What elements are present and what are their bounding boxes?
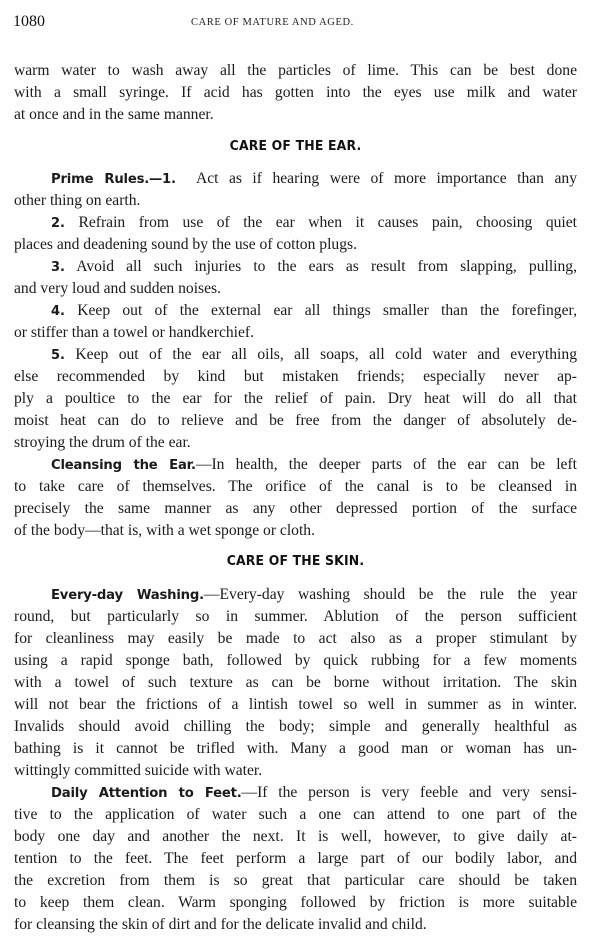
running-head: 1080 CARE OF MATURE AND AGED. [13, 13, 578, 33]
book-page: 1080 CARE OF MATURE AND AGED. warm water… [0, 0, 591, 938]
text-line: the excretion from them is so great that… [14, 870, 577, 892]
text-line: of the body—that is, with a wet sponge o… [14, 520, 577, 542]
prime-rules-runin: Prime Rules.—1. [51, 172, 176, 187]
text-line: precisely the same manner as any other d… [14, 498, 577, 520]
text-line: bathing is it cannot be trifled with. Ma… [14, 738, 577, 760]
running-title: CARE OF MATURE AND AGED. [191, 17, 354, 28]
rule-number: 5. [51, 348, 65, 363]
prime-rule-3-line: 3. Avoid all such injuries to the ears a… [51, 256, 577, 278]
text-line: will not bear the frictions of a lintish… [14, 694, 577, 716]
everyday-washing-line: Every-day Washing.—Every-day washing sho… [51, 584, 577, 606]
text-line: with a towel of such texture as can be b… [14, 672, 577, 694]
text-line: other thing on earth. [14, 190, 577, 212]
text-line: moist heat can do to relieve and be free… [14, 410, 577, 432]
text-line: tention to the feet. The feet perform a … [14, 848, 577, 870]
text-line: warm water to wash away all the particle… [14, 60, 577, 82]
section-heading-skin: CARE OF THE SKIN. [24, 553, 568, 569]
text-line: to take care of themselves. The orifice … [14, 476, 577, 498]
text-line: and very loud and sudden noises. [14, 278, 577, 300]
text-line: with a small syringe. If acid has gotten… [14, 82, 577, 104]
daily-feet-runin: Daily Attention to Feet. [51, 786, 242, 801]
text-line: else recommended by kind but mistaken fr… [14, 366, 577, 388]
text-line: tive to the application of water such a … [14, 804, 577, 826]
cleansing-ear-runin: Cleansing the Ear. [51, 458, 196, 473]
text-line: round, but particularly so in summer. Ab… [14, 606, 577, 628]
text-line: stroying the drum of the ear. [14, 432, 577, 454]
prime-rule-1-line: Prime Rules.—1. Act as if hearing were o… [51, 168, 577, 190]
everyday-washing-runin: Every-day Washing. [51, 588, 204, 603]
prime-rule-5-line: 5. Keep out of the ear all oils, all soa… [51, 344, 577, 366]
text-line: body one day and another the next. It is… [14, 826, 577, 848]
rule-number: 2. [51, 216, 65, 231]
daily-feet-line: Daily Attention to Feet.—If the person i… [51, 782, 577, 804]
text-line: using a rapid sponge bath, followed by q… [14, 650, 577, 672]
prime-rule-2-line: 2. Refrain from use of the ear when it c… [51, 212, 577, 234]
text-line: at once and in the same manner. [14, 104, 577, 126]
text-line: places and deadening sound by the use of… [14, 234, 577, 256]
page-number: 1080 [13, 13, 45, 31]
prime-rule-4-line: 4. Keep out of the external ear all thin… [51, 300, 577, 322]
text-line: for cleansing the skin of dirt and for t… [14, 914, 577, 936]
section-heading-ear: CARE OF THE EAR. [24, 138, 568, 154]
text-line: or stiffer than a towel or handkerchief. [14, 322, 577, 344]
rule-number: 3. [51, 260, 65, 275]
cleansing-ear-line: Cleansing the Ear.—In health, the deeper… [51, 454, 577, 476]
text-line: Invalids should avoid chilling the body;… [14, 716, 577, 738]
text-line: to keep them clean. Warm sponging follow… [14, 892, 577, 914]
rule-number: 4. [51, 304, 65, 319]
text-line: for cleanliness may easily be made to ac… [14, 628, 577, 650]
text-line: ply a poultice to the ear for the relief… [14, 388, 577, 410]
text-line: wittingly committed suicide with water. [14, 760, 577, 782]
